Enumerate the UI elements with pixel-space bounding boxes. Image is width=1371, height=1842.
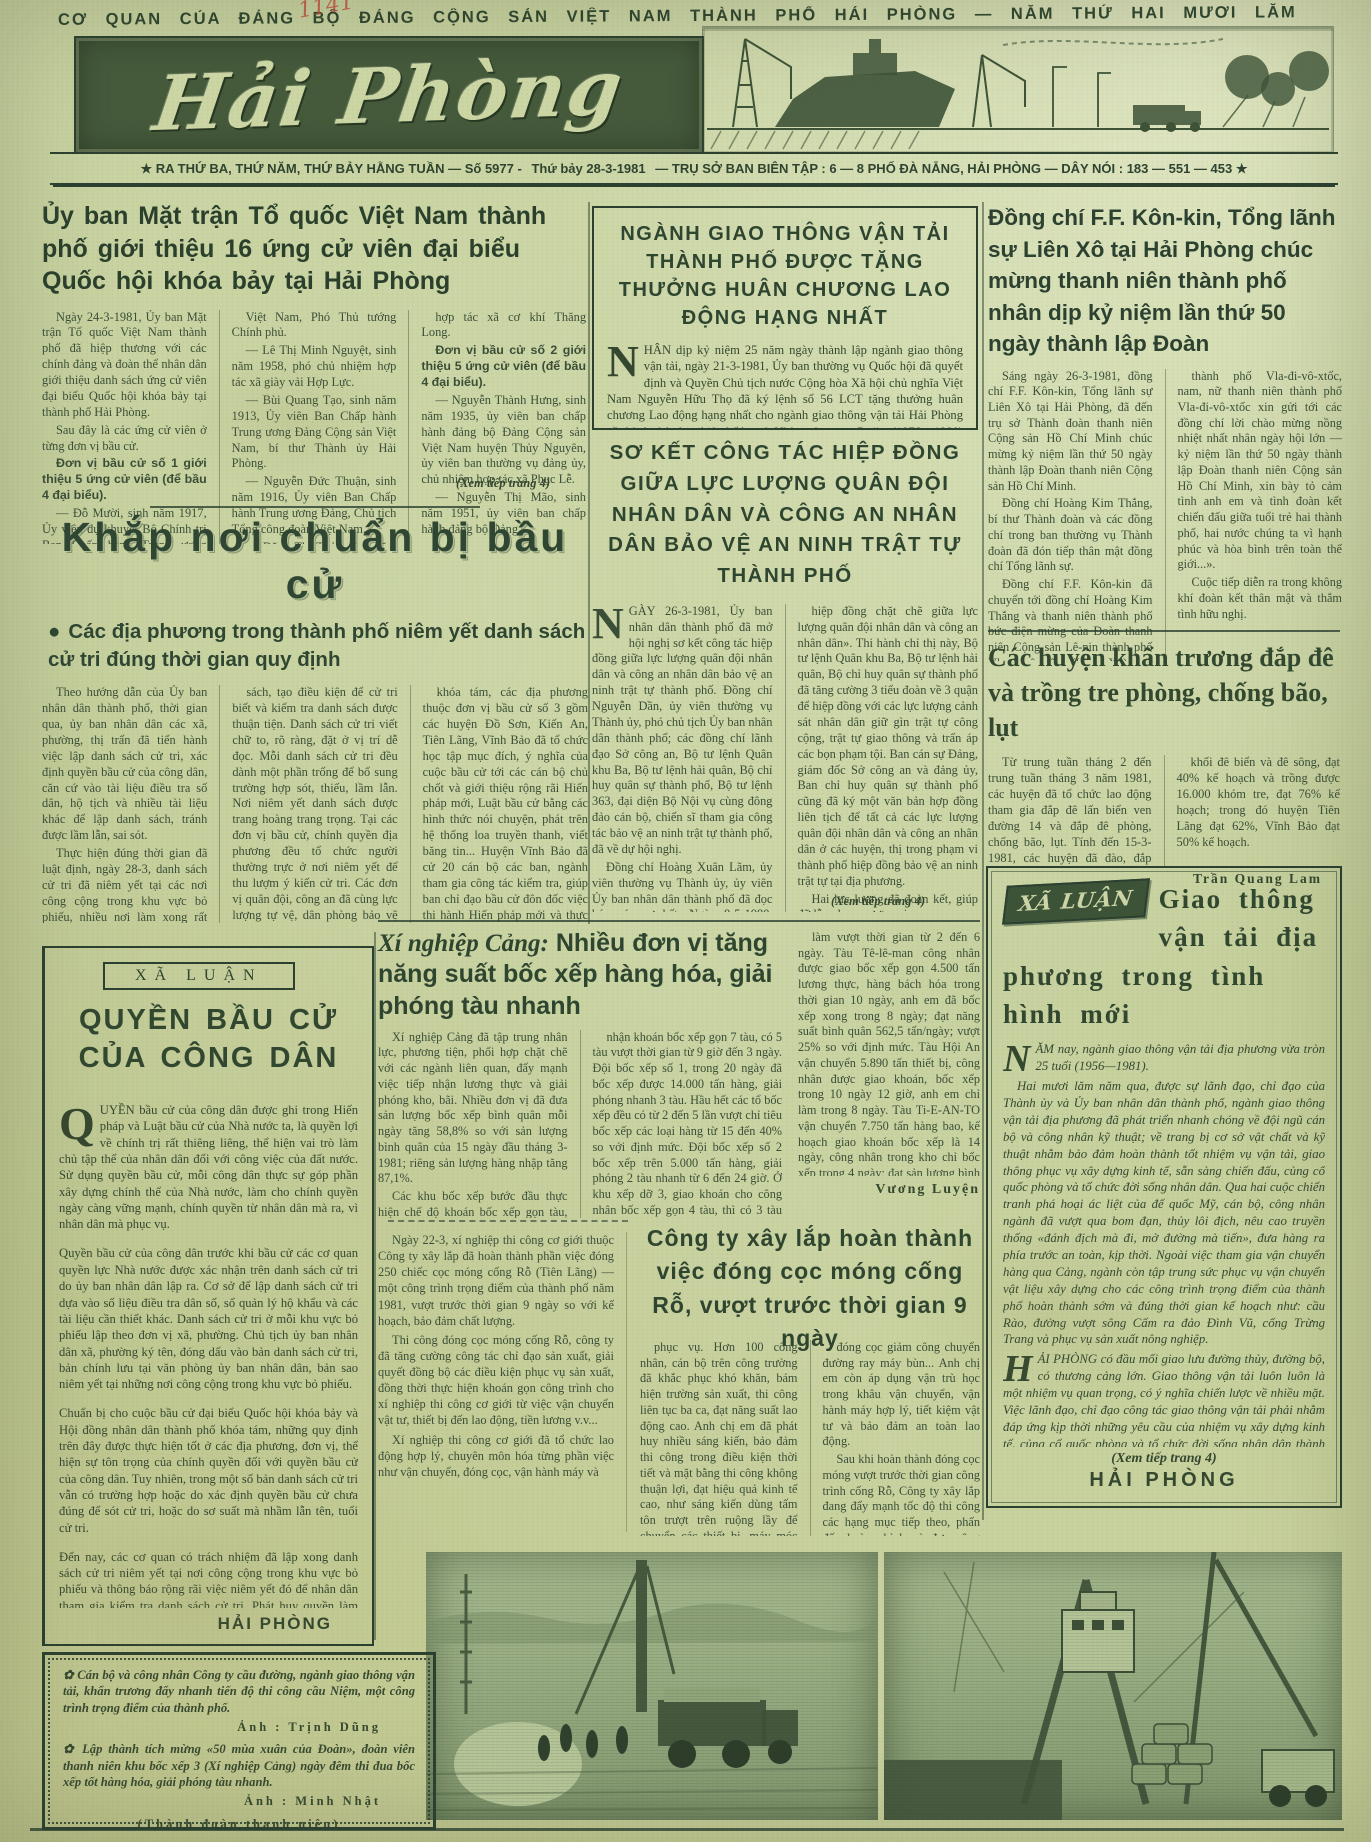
caption-text: Lập thành tích mừng «50 mùa xuân của Đoà… bbox=[63, 1742, 415, 1789]
paragraph: Xí nghiệp Cảng đã tập trung nhân lực, ph… bbox=[378, 1030, 568, 1187]
article-congty-body: phục vụ. Hơn 100 công nhân, cán bộ trên … bbox=[640, 1340, 980, 1536]
article-body: Theo hướng dẫn của Ủy ban nhân dân thành… bbox=[42, 685, 588, 923]
byline: Vương Luyện bbox=[798, 1182, 980, 1198]
column-2: khối đê biển và đê sông, đạt 40% kế hoạc… bbox=[1164, 755, 1341, 867]
paragraph: Thi công đóng cọc móng cống Rỗ, công ty … bbox=[378, 1332, 614, 1429]
paragraph: UYỀN bầu cử của công dân được ghi trong … bbox=[59, 1103, 358, 1232]
paragraph: sách, tạo điều kiện để cử tri biết và ki… bbox=[232, 685, 397, 923]
paragraph: Sau đây là các ứng cử viên ở từng đơn vị… bbox=[42, 423, 207, 455]
xa-luan-label: XÃ LUẬN bbox=[103, 962, 295, 990]
paragraph: Theo hướng dẫn của Ủy ban nhân dân thành… bbox=[42, 685, 207, 844]
editorial-body: QUYỀN bầu cử của công dân được ghi trong… bbox=[59, 1089, 358, 1608]
continued-note: (Xem tiếp trang 4) bbox=[1003, 1451, 1325, 1467]
column-2: hiệp đồng chặt chẽ giữa lực lượng quân đ… bbox=[785, 604, 979, 912]
dropcap: N bbox=[607, 342, 644, 379]
paragraph: Đồng chí Hoàng Kim Thắng, bí thư Thành đ… bbox=[988, 496, 1153, 575]
article-congty-headline: Công ty xây lắp hoàn thành việc đóng cọc… bbox=[640, 1222, 980, 1355]
flower-icon: ✿ bbox=[63, 1742, 76, 1756]
article-headline: Ủy ban Mặt trận Tổ quốc Việt Nam thành p… bbox=[42, 200, 586, 298]
article-body: Từ trung tuần tháng 2 đến trung tuần thá… bbox=[988, 755, 1340, 867]
paragraph: làm vượt thời gian từ 2 đến 6 ngày. Tàu … bbox=[798, 930, 980, 1176]
article-konkin: Đồng chí F.F. Kôn-kin, Tổng lãnh sự Liên… bbox=[988, 202, 1342, 661]
article-headline: Xí nghiệp Cảng: Nhiều đơn vị tăng năng s… bbox=[378, 928, 782, 1022]
paragraph: Ngày 22-3, xí nghiệp thi công cơ giới th… bbox=[378, 1232, 614, 1329]
photo-credit-org: (Thành đoàn thanh niên) bbox=[63, 1816, 415, 1830]
dropcap: N bbox=[592, 604, 629, 641]
article-headline: Đồng chí F.F. Kôn-kin, Tổng lãnh sự Liên… bbox=[988, 202, 1342, 360]
article-headline: SƠ KẾT CÔNG TÁC HIỆP ĐỒNG GIỮA LỰC LƯỢNG… bbox=[592, 438, 978, 592]
article-subhead: ●Các địa phương trong thành phố niêm yết… bbox=[48, 618, 588, 673]
paragraph: Đến nay, các cơ quan có trách nhiệm đã l… bbox=[59, 1549, 358, 1608]
divider-rule bbox=[378, 920, 980, 922]
dateline-bar: ★ RA THỨ BA, THỨ NĂM, THỨ BẢY HẰNG TUẦN … bbox=[50, 152, 1338, 185]
paragraph: Xí nghiệp thi công cơ giới đã tổ chức la… bbox=[378, 1432, 614, 1480]
paragraph: — Bùi Quang Tạo, sinh năm 1913, Ủy viên … bbox=[232, 393, 397, 472]
editorial-signature: HẢI PHÒNG bbox=[59, 1614, 358, 1634]
column-3: hợp tác xã cơ khí Thăng Long. Đơn vị bầu… bbox=[408, 310, 586, 544]
column-1: Xí nghiệp Cảng đã tập trung nhân lực, ph… bbox=[378, 1030, 568, 1218]
article-body: Sáng ngày 26-3-1981, đồng chí F.F. Kôn-k… bbox=[988, 369, 1342, 661]
photo-harbor-cranes bbox=[884, 1552, 1342, 1820]
caption-text: Cán bộ và công nhân Công ty cầu đường, n… bbox=[63, 1668, 415, 1715]
divider-rule bbox=[150, 506, 480, 508]
paragraph: Quyền bầu cử của công dân trước khi bầu … bbox=[59, 1245, 358, 1392]
column-3: đóng cọc giảm công chuyển đường ray máy … bbox=[810, 1340, 981, 1536]
column-1: Theo hướng dẫn của Ủy ban nhân dân thành… bbox=[42, 685, 207, 923]
article-mattran: Ủy ban Mặt trận Tổ quốc Việt Nam thành p… bbox=[42, 200, 586, 544]
paragraph: hiệp đồng chặt chẽ giữa lực lượng quân đ… bbox=[798, 604, 979, 890]
paragraph: thành phố Vla-đi-vô-xtốc, nam, nữ thanh … bbox=[1178, 369, 1343, 574]
masthead-title: Hải Phòng bbox=[148, 42, 629, 147]
paragraph: — Nguyễn Thành Hưng, sinh năm 1935, ủy v… bbox=[421, 393, 586, 488]
paragraph: Từ trung tuần tháng 2 đến trung tuần thá… bbox=[988, 755, 1152, 867]
paragraph: Các khu bốc xếp bước đầu thực hiện chế đ… bbox=[378, 1189, 568, 1218]
paragraph: Ngày 24-3-1981, Ủy ban Mặt trận Tổ quốc … bbox=[42, 310, 207, 421]
column-1: NGÀY 26-3-1981, Ủy ban nhân dân thành ph… bbox=[592, 604, 773, 912]
paragraph: đóng cọc giảm công chuyển đường ray máy … bbox=[823, 1340, 981, 1450]
newspaper-page: CƠ QUAN CỦA ĐẢNG BỘ ĐẢNG CỘNG SẢN VIỆT N… bbox=[0, 0, 1371, 1842]
editorial-body: NĂM nay, ngành giao thông vận tải địa ph… bbox=[1003, 1041, 1325, 1447]
bullet-icon: ● bbox=[48, 620, 60, 643]
column-1: Từ trung tuần tháng 2 đến trung tuần thá… bbox=[988, 755, 1152, 867]
paragraph: Cuộc tiếp diễn ra trong không khí đoàn k… bbox=[1178, 575, 1343, 622]
article-headline: NGÀNH GIAO THÔNG VẬN TẢI THÀNH PHỐ ĐƯỢC … bbox=[607, 220, 963, 332]
column-1: Ngày 24-3-1981, Ủy ban Mặt trận Tổ quốc … bbox=[42, 310, 207, 544]
continued-note: (Xem tiếp trang 4) bbox=[780, 894, 976, 909]
article-dapde: Các huyện khẩn trương đắp đê và trồng tr… bbox=[988, 640, 1340, 887]
column-rule bbox=[626, 1232, 627, 1532]
column-1: Sáng ngày 26-3-1981, đồng chí F.F. Kôn-k… bbox=[988, 369, 1153, 661]
article-soket: SƠ KẾT CÔNG TÁC HIỆP ĐỒNG GIỮA LỰC LƯỢNG… bbox=[592, 438, 978, 912]
paragraph: Hai mươi lăm năm qua, được sự lãnh đạo, … bbox=[1003, 1078, 1325, 1348]
paragraph: phục vụ. Hơn 100 công nhân, cán bộ trên … bbox=[640, 1340, 798, 1536]
article-cang-column-3: làm vượt thời gian từ 2 đến 6 ngày. Tàu … bbox=[798, 930, 980, 1176]
dropcap: Q bbox=[59, 1102, 100, 1143]
paragraph: ẢI PHÒNG có đầu mối giao lưu đường thủy,… bbox=[1003, 1352, 1325, 1447]
headline-lead: Xí nghiệp Cảng: bbox=[378, 930, 549, 957]
paragraph: ĂM nay, ngành giao thông vận tải địa phư… bbox=[1035, 1042, 1325, 1073]
paragraph: Sau khi hoàn thành đóng cọc móng vượt tr… bbox=[823, 1452, 981, 1536]
harbor-illustration bbox=[702, 26, 1334, 154]
article-cang: Xí nghiệp Cảng: Nhiều đơn vị tăng năng s… bbox=[378, 928, 782, 1218]
column-3: khóa tám, các địa phương thuộc đơn vị bầ… bbox=[410, 685, 588, 923]
editorial-signature: HẢI PHÒNG bbox=[1003, 1469, 1325, 1492]
article-body: Xí nghiệp Cảng đã tập trung nhân lực, ph… bbox=[378, 1030, 782, 1218]
paragraph: nhận khoán bốc xếp gọn 7 tàu, có 5 tàu v… bbox=[593, 1030, 783, 1218]
flower-icon: ✿ bbox=[63, 1668, 74, 1682]
column-2: Việt Nam, Phó Thủ tướng Chính phủ. — Lê … bbox=[219, 310, 397, 544]
dateline-left: ★ RA THỨ BA, THỨ NĂM, THỨ BẢY HẰNG TUẦN … bbox=[141, 161, 522, 176]
dateline-right: — TRỤ SỞ BAN BIÊN TẬP : 6 — 8 PHỐ ĐÀ NẴN… bbox=[655, 161, 1247, 176]
dashed-rule bbox=[388, 1220, 628, 1222]
editorial-giaothong-box: XÃ LUẬN Giao thông vận tải địa phương tr… bbox=[986, 866, 1342, 1508]
xa-luan-label: XÃ LUẬN bbox=[1002, 878, 1150, 924]
paragraph: Thực hiện đúng thời gian đã luật định, n… bbox=[42, 846, 207, 923]
photo-construction-site bbox=[426, 1552, 878, 1820]
paragraph: — Lê Thị Minh Nguyệt, sinh năm 1958, phó… bbox=[232, 343, 397, 391]
article-headline: Các huyện khẩn trương đắp đê và trồng tr… bbox=[988, 640, 1340, 745]
column-rule bbox=[374, 932, 376, 1640]
column-2: nhận khoán bốc xếp gọn 7 tàu, có 5 tàu v… bbox=[580, 1030, 783, 1218]
editorial-headline: QUYỀN BẦU CỬ CỦA CÔNG DÂN bbox=[59, 1002, 358, 1077]
column-2: sách, tạo điều kiện để cử tri biết và ki… bbox=[219, 685, 397, 923]
subhead: Đơn vị bầu cử số 1 giới thiệu 5 ứng cử v… bbox=[42, 456, 207, 504]
column-2: phục vụ. Hơn 100 công nhân, cán bộ trên … bbox=[640, 1340, 798, 1536]
caption-content: ✿ Cán bộ và công nhân Công ty cầu đường,… bbox=[45, 1655, 433, 1830]
paragraph: Đồng chí Hoàng Xuân Lãm, ủy viên thường … bbox=[592, 860, 773, 912]
article-body: Ngày 24-3-1981, Ủy ban Mặt trận Tổ quốc … bbox=[42, 310, 586, 544]
paragraph: HÂN dịp kỷ niệm 25 năm ngày thành lập ng… bbox=[607, 343, 963, 430]
dropcap: H bbox=[1003, 1351, 1038, 1384]
editorial-quyenbaucu-box: XÃ LUẬN QUYỀN BẦU CỬ CỦA CÔNG DÂN QUYỀN … bbox=[42, 946, 374, 1646]
article-body: NHÂN dịp kỷ niệm 25 năm ngày thành lập n… bbox=[607, 342, 963, 430]
article-khapnoi: Khắp nơi chuẩn bị bầu cử ●Các địa phương… bbox=[42, 514, 588, 923]
article-huanchuong-box: NGÀNH GIAO THÔNG VẬN TẢI THÀNH PHỐ ĐƯỢC … bbox=[592, 206, 978, 430]
photo-credit: Ảnh : Minh Nhật bbox=[63, 1793, 415, 1809]
subhead: Đơn vị bầu cử số 2 giới thiệu 5 ứng cử v… bbox=[421, 343, 586, 391]
issue-date: Thứ bảy 28-3-1981 bbox=[531, 161, 645, 176]
paragraph: Chuẩn bị cho cuộc bầu cử đại biểu Quốc h… bbox=[59, 1405, 358, 1536]
paragraph: Sáng ngày 26-3-1981, đồng chí F.F. Kôn-k… bbox=[988, 369, 1153, 495]
column-2: thành phố Vla-đi-vô-xtốc, nam, nữ thanh … bbox=[1165, 369, 1343, 661]
column-rule bbox=[982, 202, 984, 1520]
article-headline: Khắp nơi chuẩn bị bầu cử bbox=[42, 514, 588, 608]
divider-rule bbox=[988, 630, 1340, 632]
article-body: NGÀY 26-3-1981, Ủy ban nhân dân thành ph… bbox=[592, 604, 978, 912]
masthead-logo: Hải Phòng bbox=[74, 36, 704, 154]
paragraph: khối đê biển và đê sông, đạt 40% kế hoạc… bbox=[1177, 755, 1341, 850]
editorial-title: XÃ LUẬN Giao thông vận tải địa phương tr… bbox=[1003, 880, 1325, 1033]
subhead-text: Các địa phương trong thành phố niêm yết … bbox=[48, 620, 585, 671]
paragraph: Việt Nam, Phó Thủ tướng Chính phủ. bbox=[232, 310, 397, 342]
column-rule bbox=[588, 202, 590, 924]
continued-note: (Xem tiếp trang 4) bbox=[420, 476, 586, 491]
photo-credit: Ảnh : Trịnh Dũng bbox=[63, 1719, 415, 1735]
photo-caption-box: ✿ Cán bộ và công nhân Công ty cầu đường,… bbox=[42, 1652, 436, 1830]
paragraph: hợp tác xã cơ khí Thăng Long. bbox=[421, 310, 586, 342]
dropcap: N bbox=[1003, 1041, 1035, 1074]
paragraph: khóa tám, các địa phương thuộc đơn vị bầ… bbox=[423, 685, 588, 923]
